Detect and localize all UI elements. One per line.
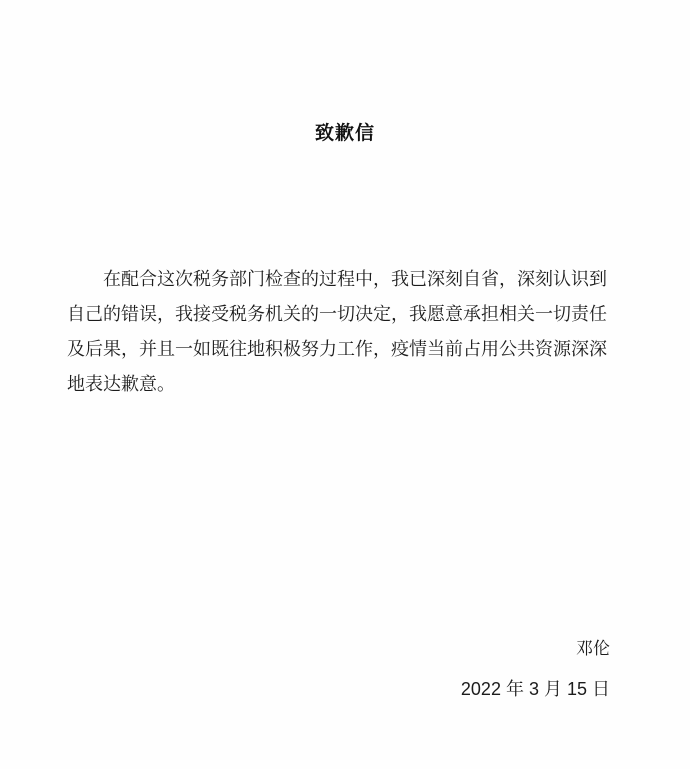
letter-title: 致歉信 — [0, 118, 690, 145]
letter-body-line: 地表达歉意。 — [67, 367, 612, 402]
signature: 邓伦 — [576, 634, 610, 659]
letter-body-line: 自己的错误，我接受税务机关的一切决定，我愿意承担相关一切责任 — [67, 297, 612, 332]
letter-body-line: 及后果，并且一如既往地积极努力工作，疫情当前占用公共资源深深 — [67, 332, 612, 367]
letter-date: 2022 年 3 月 15 日 — [461, 675, 610, 701]
letter-body: 在配合这次税务部门检查的过程中，我已深刻自省，深刻认识到 自己的错误，我接受税务… — [67, 262, 612, 402]
letter-body-line: 在配合这次税务部门检查的过程中，我已深刻自省，深刻认识到 — [67, 262, 612, 297]
letter-page: 致歉信 在配合这次税务部门检查的过程中，我已深刻自省，深刻认识到 自己的错误，我… — [0, 0, 690, 769]
